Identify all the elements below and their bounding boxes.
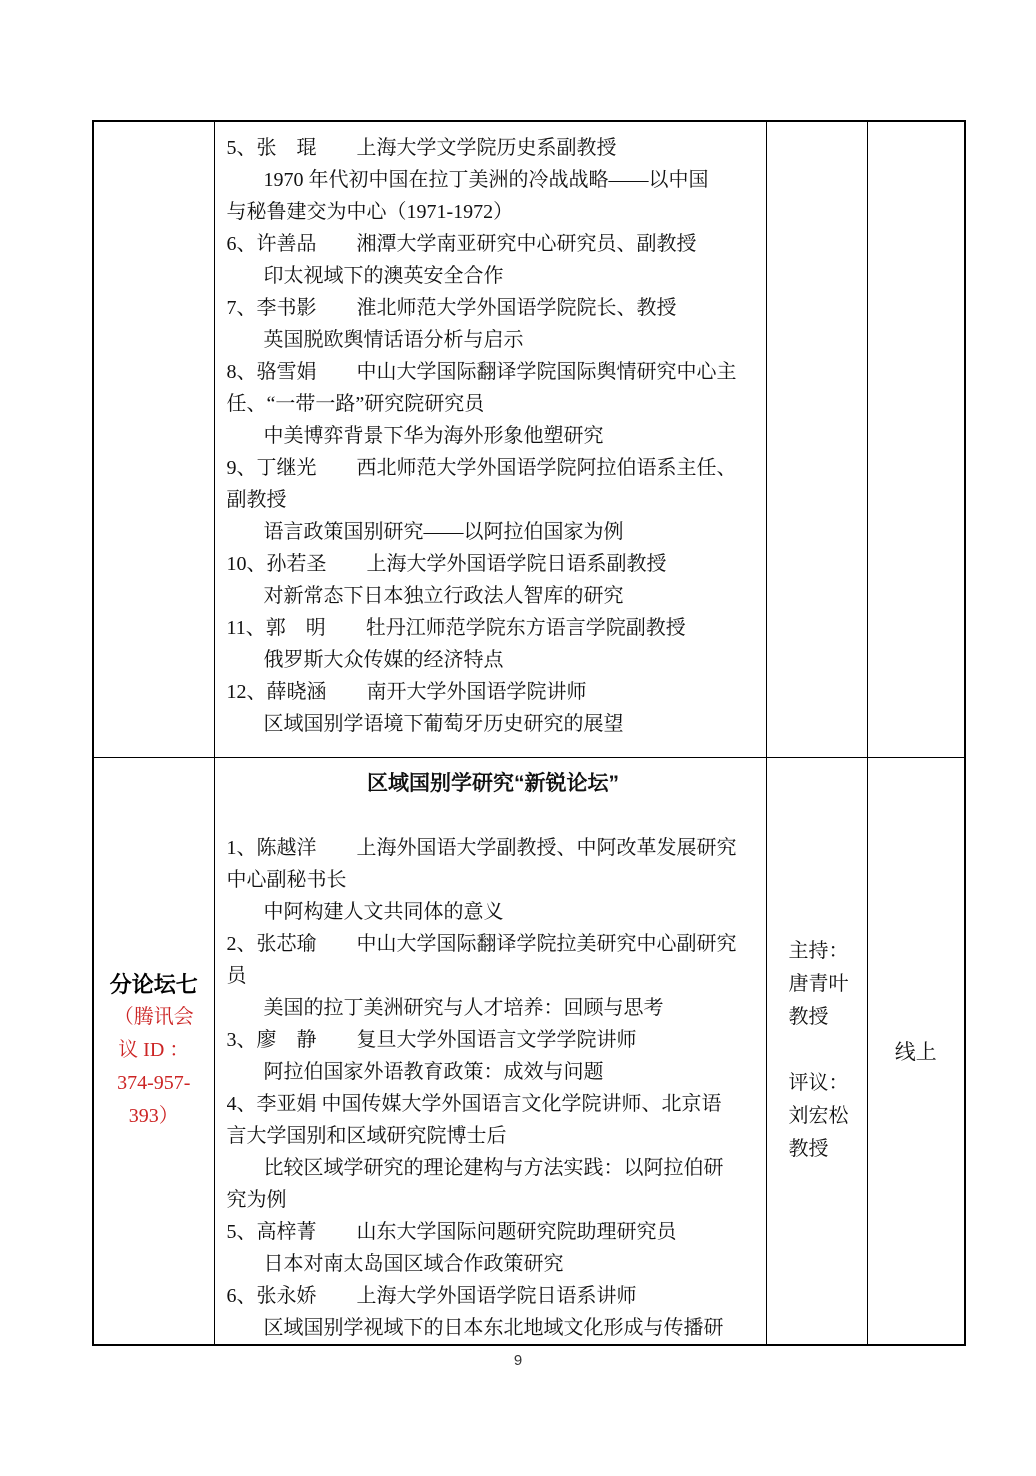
text-line: 日本对南太岛国区域合作政策研究 xyxy=(227,1248,760,1280)
text-line: 究为例 xyxy=(227,1184,760,1216)
text-line: 8、骆雪娟 中山大学国际翻译学院国际舆情研究中心主 xyxy=(227,356,760,388)
text-line: 任、“一带一路”研究院研究员 xyxy=(227,388,760,420)
text-line: 11、郭 明 牡丹江师范学院东方语言学院副教授 xyxy=(227,612,760,644)
text-line: 10、孙若圣 上海大学外国语学院日语系副教授 xyxy=(227,548,760,580)
text-line: 7、李书影 淮北师范大学外国语学院院长、教授 xyxy=(227,292,760,324)
text-line: 刘宏松 xyxy=(789,1100,867,1133)
text-line: 9、丁继光 西北师范大学外国语学院阿拉伯语系主任、 xyxy=(227,452,760,484)
text-line: 副教授 xyxy=(227,484,760,516)
text-line: 教授 xyxy=(789,1001,867,1034)
speakers-cell: 区域国别学研究“新锐论坛” 1、陈越洋 上海外国语大学副教授、中阿改革发展研究中… xyxy=(214,757,766,1345)
text-line: 中美博弈背景下华为海外形象他塑研究 xyxy=(227,420,760,452)
text-line: 1970 年代初中国在拉丁美洲的冷战战略——以中国 xyxy=(227,164,760,196)
text-line: 5、高梓菁 山东大学国际问题研究院助理研究员 xyxy=(227,1216,760,1248)
text-line: 对新常态下日本独立行政法人智库的研究 xyxy=(227,580,760,612)
meeting-id: （腾讯会议 ID ：374-957-393） xyxy=(94,1001,214,1133)
text-line: 中心副秘书长 xyxy=(227,864,760,896)
text-line: 6、许善品 湘潭大学南亚研究中心研究员、副教授 xyxy=(227,228,760,260)
text-line: 员 xyxy=(227,960,760,992)
text-line: 言大学国别和区域研究院博士后 xyxy=(227,1120,760,1152)
session-label-cell-empty xyxy=(93,121,214,757)
text-line: 1、陈越洋 上海外国语大学副教授、中阿改革发展研究 xyxy=(227,832,760,864)
table-row-continued: 5、张 琨 上海大学文学院历史系副教授1970 年代初中国在拉丁美洲的冷战战略—… xyxy=(93,121,965,757)
text-line: 4、李亚娟 中国传媒大学外国语言文化学院讲师、北京语 xyxy=(227,1088,760,1120)
venue-cell: 线上 xyxy=(867,757,965,1345)
text-line: 区域国别学视域下的日本东北地域文化形成与传播研 xyxy=(227,1312,760,1344)
text-line: 393） xyxy=(94,1100,214,1133)
host-cell-empty xyxy=(766,121,867,757)
speaker-list: 5、张 琨 上海大学文学院历史系副教授1970 年代初中国在拉丁美洲的冷战战略—… xyxy=(215,122,766,740)
text-line: 374-957- xyxy=(94,1067,214,1100)
host-discussant-block: 主持：唐青叶教授 评议：刘宏松教授 xyxy=(767,935,867,1166)
text-line: 阿拉伯国家外语教育政策：成效与问题 xyxy=(227,1056,760,1088)
forum-content: 区域国别学研究“新锐论坛” 1、陈越洋 上海外国语大学副教授、中阿改革发展研究中… xyxy=(215,758,766,1344)
text-line: 议 ID ： xyxy=(94,1034,214,1067)
text-line: 美国的拉丁美洲研究与人才培养：回顾与思考 xyxy=(227,992,760,1024)
text-line xyxy=(789,1034,867,1067)
text-line: 比较区域学研究的理论建构与方法实践：以阿拉伯研 xyxy=(227,1152,760,1184)
program-table: 5、张 琨 上海大学文学院历史系副教授1970 年代初中国在拉丁美洲的冷战战略—… xyxy=(92,120,966,1346)
venue-cell-empty xyxy=(867,121,965,757)
text-line: 3、廖 静 复旦大学外国语言文学学院讲师 xyxy=(227,1024,760,1056)
text-line: 印太视域下的澳英安全合作 xyxy=(227,260,760,292)
speaker-list: 1、陈越洋 上海外国语大学副教授、中阿改革发展研究中心副秘书长中阿构建人文共同体… xyxy=(227,832,760,1344)
text-line: 语言政策国别研究——以阿拉伯国家为例 xyxy=(227,516,760,548)
forum-title: 区域国别学研究“新锐论坛” xyxy=(227,768,760,832)
page-number: 9 xyxy=(0,1352,1036,1369)
text-line: 12、薛晓涵 南开大学外国语学院讲师 xyxy=(227,676,760,708)
text-line: 2、张芯瑜 中山大学国际翻译学院拉美研究中心副研究 xyxy=(227,928,760,960)
session-label: 分论坛七 （腾讯会议 ID ：374-957-393） xyxy=(94,968,214,1133)
session-label-cell: 分论坛七 （腾讯会议 ID ：374-957-393） xyxy=(93,757,214,1345)
text-line: 教授 xyxy=(789,1133,867,1166)
text-line: 区域国别学语境下葡萄牙历史研究的展望 xyxy=(227,708,760,740)
text-line: 主持： xyxy=(789,935,867,968)
text-line: 6、张永娇 上海大学外国语学院日语系讲师 xyxy=(227,1280,760,1312)
text-line: 5、张 琨 上海大学文学院历史系副教授 xyxy=(227,132,760,164)
text-line: 与秘鲁建交为中心（1971-1972） xyxy=(227,196,760,228)
host-cell: 主持：唐青叶教授 评议：刘宏松教授 xyxy=(766,757,867,1345)
text-line: 唐青叶 xyxy=(789,968,867,1001)
session-title: 分论坛七 xyxy=(94,968,214,1001)
text-line: 中阿构建人文共同体的意义 xyxy=(227,896,760,928)
text-line: （腾讯会 xyxy=(94,1001,214,1034)
speakers-cell: 5、张 琨 上海大学文学院历史系副教授1970 年代初中国在拉丁美洲的冷战战略—… xyxy=(214,121,766,757)
venue-label: 线上 xyxy=(868,1036,965,1066)
text-line: 评议： xyxy=(789,1067,867,1100)
text-line: 俄罗斯大众传媒的经济特点 xyxy=(227,644,760,676)
table-row-forum7: 分论坛七 （腾讯会议 ID ：374-957-393） 区域国别学研究“新锐论坛… xyxy=(93,757,965,1345)
text-line: 英国脱欧舆情话语分析与启示 xyxy=(227,324,760,356)
